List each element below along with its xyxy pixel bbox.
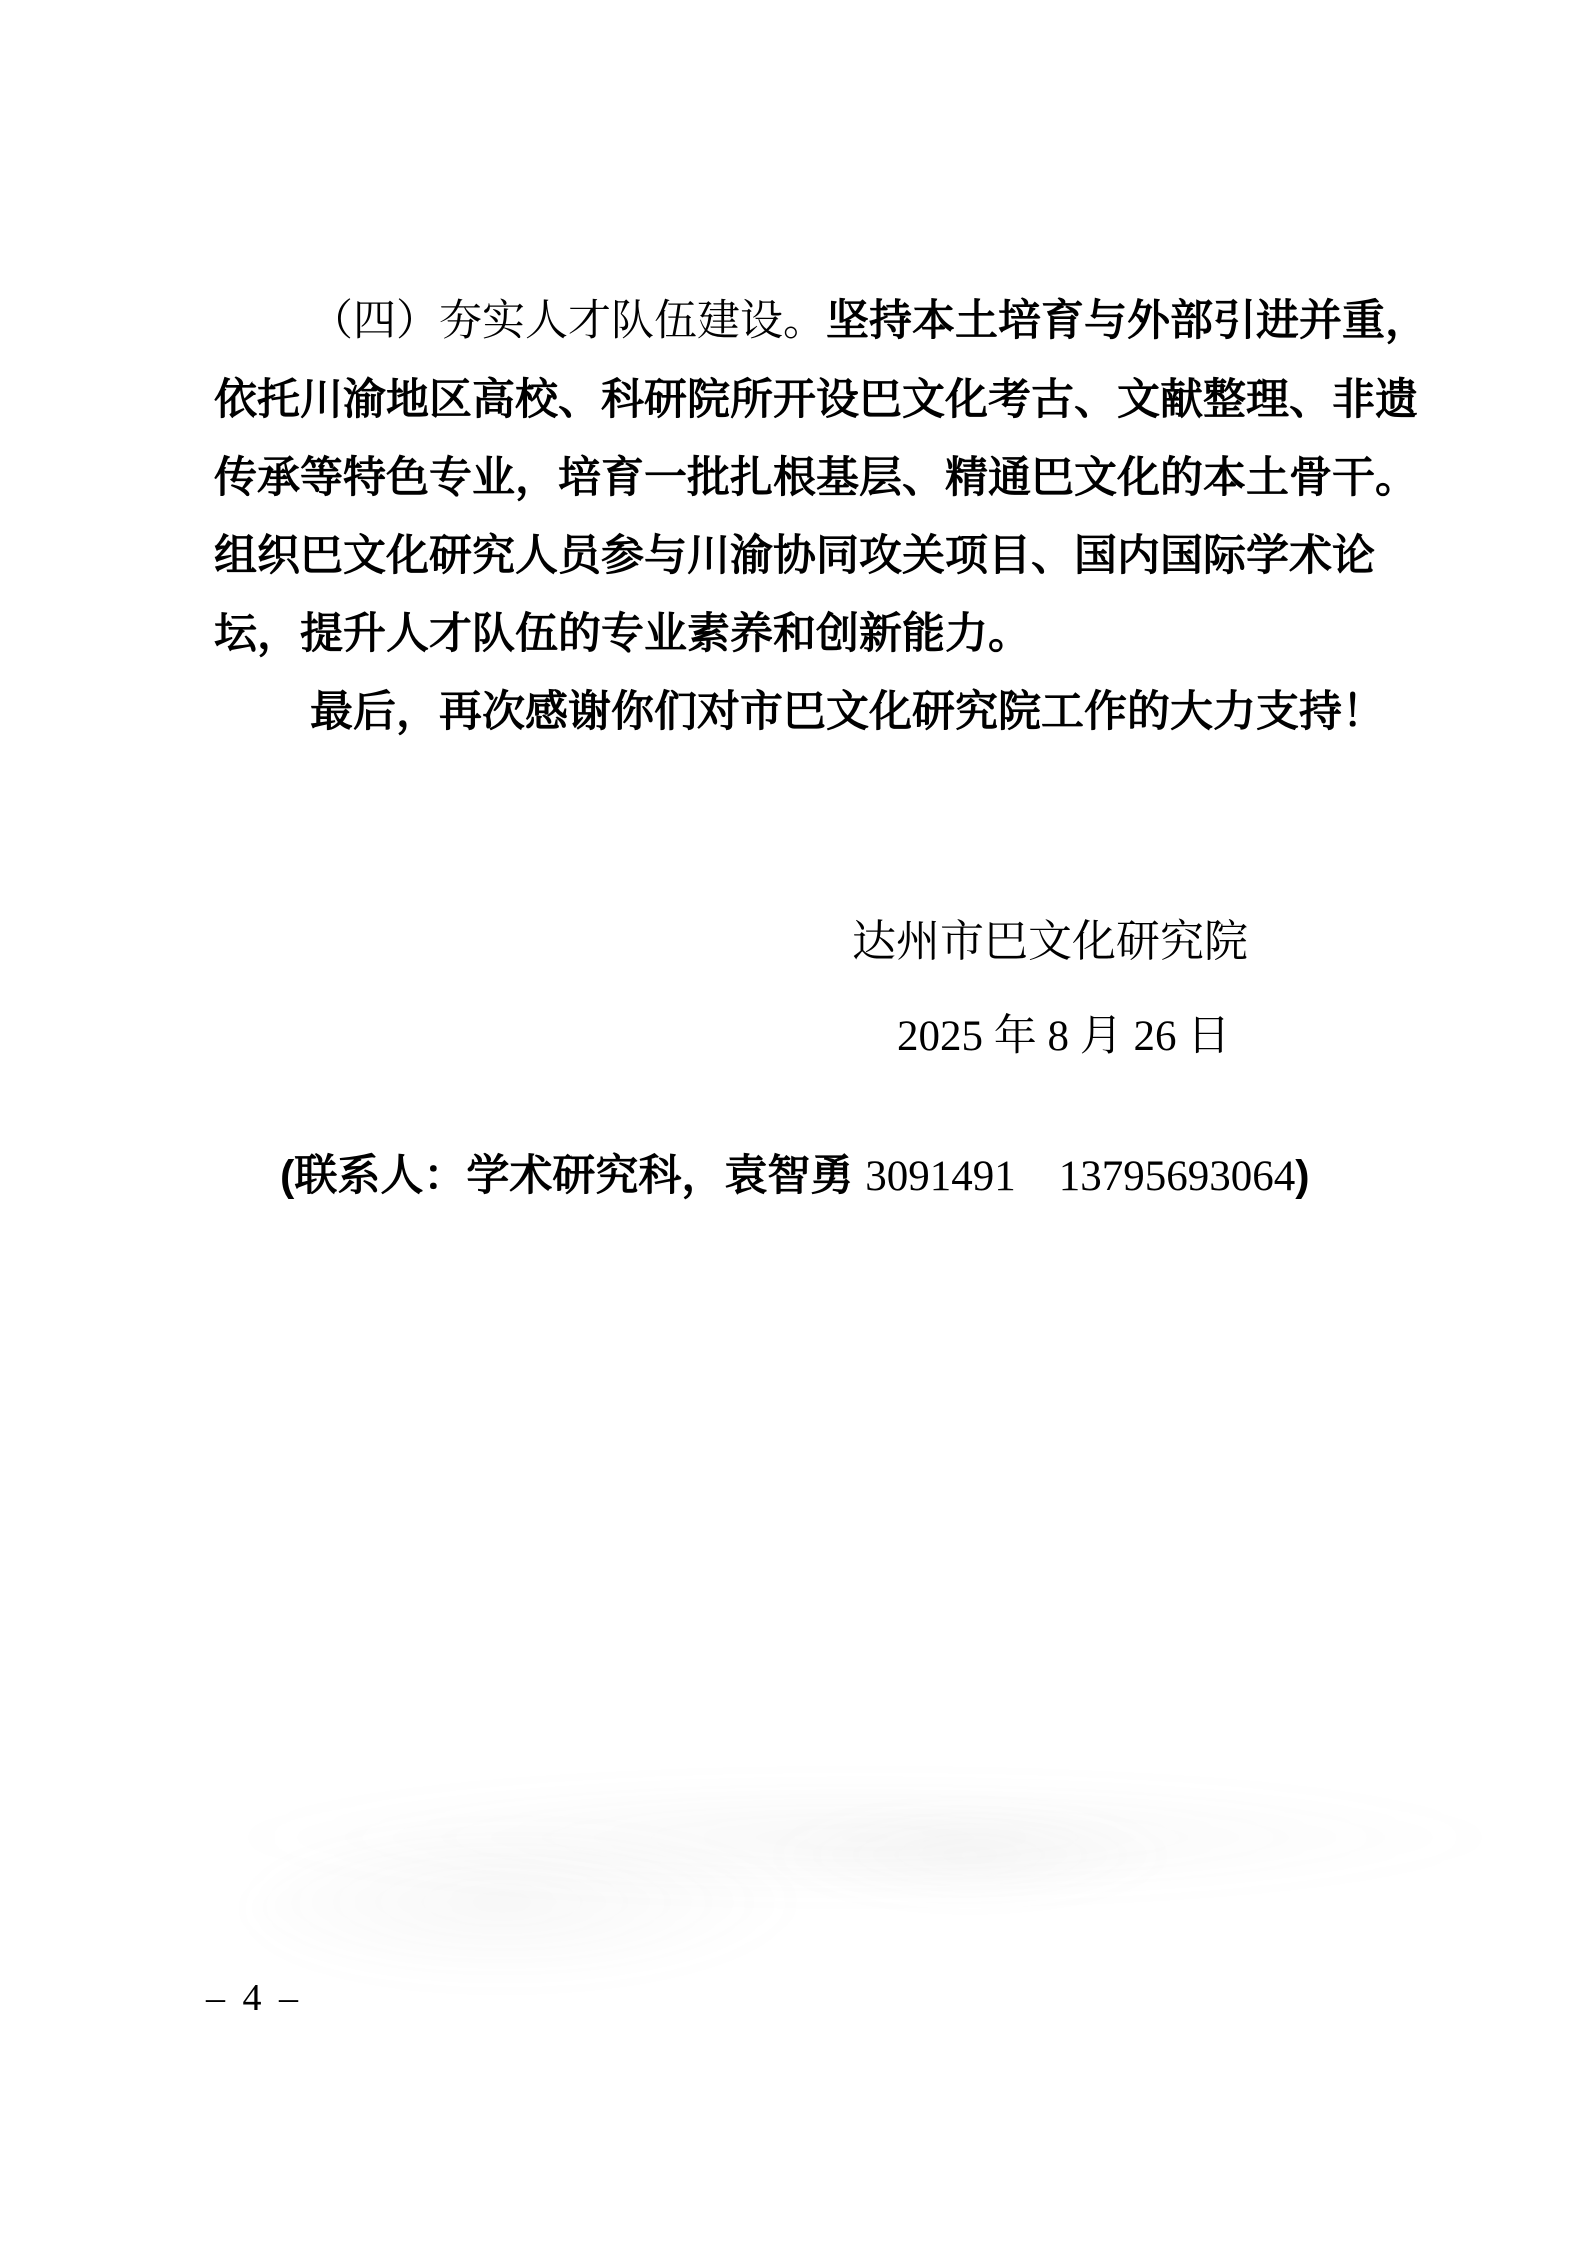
scan-smudge-band [230,1775,1500,1900]
signature-organization: 达州市巴文化研究院 [852,916,1248,968]
scan-smudge-lobe-left [250,1830,810,1990]
contact-phone-office: 3091491 [865,1153,1016,1200]
document-page: （四）夯实人才队伍建设。坚持本土培育与外部引进并重， 依托川渝地区高校、科研院所… [0,0,1587,2245]
paragraph-1-line-5: 坛，提升人才队伍的专业素养和创新能力。 [214,595,1424,673]
paragraph-2: 最后，再次感谢你们对市巴文化研究院工作的大力支持！ [214,673,1424,751]
paragraph-1-line-4: 组织巴文化研究人员参与川渝协同攻关项目、国内国际学术论 [214,517,1424,595]
contact-phone-mobile: 13795693064 [1059,1153,1296,1200]
contact-line: (联系人：学术研究科，袁智勇 3091491 13795693064) [280,1150,1310,1203]
scan-smudge-lobe-right [760,1800,1180,1910]
contact-separator [1016,1152,1059,1200]
contact-suffix: ) [1295,1152,1309,1200]
contact-prefix: (联系人：学术研究科，袁智勇 [280,1152,865,1200]
signature-date: 2025 年 8 月 26 日 [897,1011,1230,1063]
paragraph-1-line-2: 依托川渝地区高校、科研院所开设巴文化考古、文献整理、非遗 [214,361,1424,439]
body-text-block: （四）夯实人才队伍建设。坚持本土培育与外部引进并重， 依托川渝地区高校、科研院所… [214,282,1424,751]
section-heading: （四）夯实人才队伍建设。 [310,298,826,345]
page-number: – 4 – [206,1976,302,2020]
paragraph-1-line-1: （四）夯实人才队伍建设。坚持本土培育与外部引进并重， [214,282,1424,361]
paragraph-1-line-1-rest: 坚持本土培育与外部引进并重， [826,297,1428,345]
paragraph-1-line-3: 传承等特色专业，培育一批扎根基层、精通巴文化的本土骨干。 [214,439,1424,517]
